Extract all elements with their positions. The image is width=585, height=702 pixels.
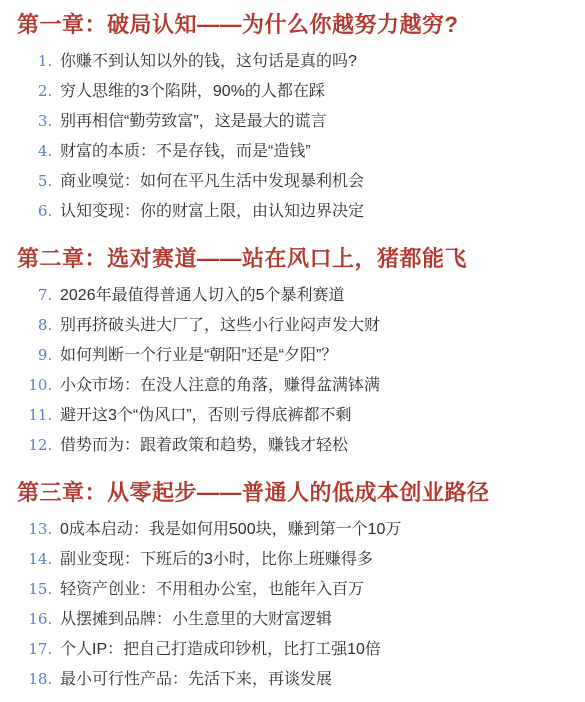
toc-item: 如何判断一个行业是“朝阳”还是“夕阳”？ [57,345,565,366]
toc-item: 穷人思维的3个陷阱，90%的人都在踩 [57,81,565,102]
chapter-section-3: 第三章：从零起步——普通人的低成本创业路径 0成本启动：我是如何用500块，赚到… [17,478,565,690]
toc-item: 借势而为：跟着政策和趋势，赚钱才轻松 [57,435,565,456]
chapter-3-title: 第三章：从零起步——普通人的低成本创业路径 [17,478,565,507]
toc-item: 别再挤破头进大厂了，这些小行业闷声发大财 [57,315,565,336]
toc-item: 0成本启动：我是如何用500块，赚到第一个10万 [57,519,565,540]
chapter-2-item-list: 2026年最值得普通人切入的5个暴利赛道别再挤破头进大厂了，这些小行业闷声发大财… [17,285,565,456]
toc-item: 你赚不到认知以外的钱，这句话是真的吗? [57,51,565,72]
toc-item: 认知变现：你的财富上限，由认知边界决定 [57,201,565,222]
toc-item: 财富的本质：不是存钱，而是“造钱” [57,141,565,162]
chapter-1-title: 第一章：破局认知——为什么你越努力越穷? [17,10,565,39]
toc-item: 个人IP：把自己打造成印钞机，比打工强10倍 [57,639,565,660]
toc-item: 避开这3个“伪风口”，否则亏得底裤都不剩 [57,405,565,426]
chapter-1-item-list: 你赚不到认知以外的钱，这句话是真的吗?穷人思维的3个陷阱，90%的人都在踩别再相… [17,51,565,222]
chapter-3-item-list: 0成本启动：我是如何用500块，赚到第一个10万副业变现：下班后的3小时，比你上… [17,519,565,690]
chapter-section-2: 第二章：选对赛道——站在风口上，猪都能飞 2026年最值得普通人切入的5个暴利赛… [17,244,565,456]
chapter-section-1: 第一章：破局认知——为什么你越努力越穷? 你赚不到认知以外的钱，这句话是真的吗?… [17,10,565,222]
toc-item: 2026年最值得普通人切入的5个暴利赛道 [57,285,565,306]
chapter-2-title: 第二章：选对赛道——站在风口上，猪都能飞 [17,244,565,273]
toc-item: 轻资产创业：不用租办公室，也能年入百万 [57,579,565,600]
toc-item: 最小可行性产品：先活下来，再谈发展 [57,669,565,690]
toc-item: 商业嗅觉：如何在平凡生活中发现暴利机会 [57,171,565,192]
toc-item: 副业变现：下班后的3小时，比你上班赚得多 [57,549,565,570]
toc-item: 别再相信“勤劳致富”，这是最大的谎言 [57,111,565,132]
document-page: { "theme": { "background": "#ffffff", "h… [0,0,585,702]
toc-item: 从摆摊到品牌：小生意里的大财富逻辑 [57,609,565,630]
table-of-contents: 第一章：破局认知——为什么你越努力越穷? 你赚不到认知以外的钱，这句话是真的吗?… [0,0,585,690]
toc-item: 小众市场：在没人注意的角落，赚得盆满钵满 [57,375,565,396]
